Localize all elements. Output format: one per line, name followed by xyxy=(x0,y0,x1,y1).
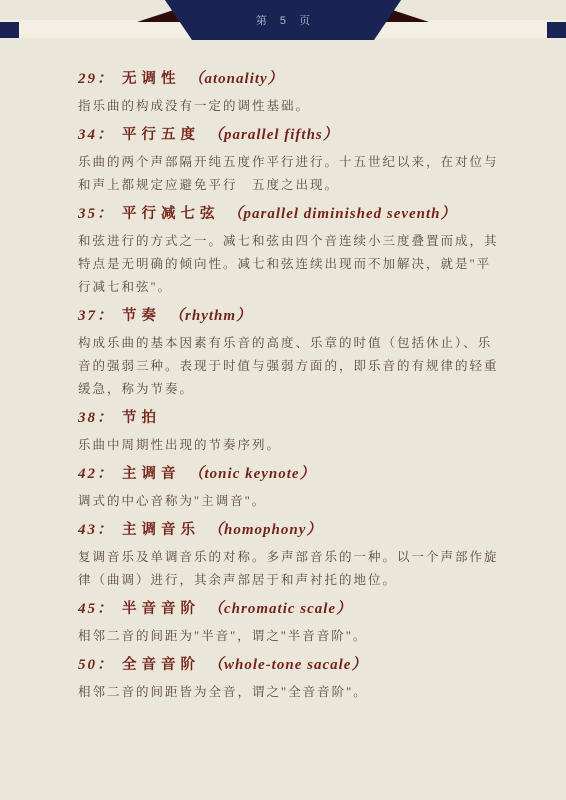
definition-line: 行减七和弦"。 xyxy=(78,276,496,299)
definition-line: 相邻二音的间距为"半音"，谓之"半音音阶"。 xyxy=(78,625,496,648)
entry-heading: 38：节拍 xyxy=(78,405,496,425)
entry-translation: （chromatic scale） xyxy=(208,601,352,617)
entry-term: 全音音阶 xyxy=(122,657,200,673)
glossary-entry-42: 42：主调音（tonic keynote） 调式的中心音称为"主调音"。 xyxy=(78,461,496,513)
entry-number: 35： xyxy=(78,206,114,222)
glossary-entry-38: 38：节拍 乐曲中周期性出现的节奏序列。 xyxy=(78,405,496,457)
entry-definition: 复调音乐及单调音乐的对称。多声部音乐的一种。以一个声部作旋 律（曲调）进行，其余… xyxy=(78,546,496,592)
entry-definition: 构成乐曲的基本因素有乐音的高度、乐章的时值（包括休止）、乐 音的强弱三种。表现于… xyxy=(78,332,496,401)
entry-translation: （whole-tone sacale） xyxy=(208,657,367,673)
definition-line: 乐曲的两个声部隔开纯五度作平行进行。十五世纪以来，在对位与 xyxy=(78,151,496,174)
entry-number: 45： xyxy=(78,601,114,617)
entry-heading: 45：半音音阶（chromatic scale） xyxy=(78,596,496,616)
entry-term: 平行减七弦 xyxy=(122,206,220,222)
entry-number: 38： xyxy=(78,410,114,426)
definition-line: 指乐曲的构成没有一定的调性基础。 xyxy=(78,95,496,118)
entry-number: 29： xyxy=(78,71,114,87)
definition-line: 缓急，称为节奏。 xyxy=(78,378,496,401)
glossary-entry-34: 34：平行五度（parallel fifths） 乐曲的两个声部隔开纯五度作平行… xyxy=(78,122,496,197)
entry-term: 平行五度 xyxy=(122,127,200,143)
entry-number: 42： xyxy=(78,466,114,482)
definition-line: 特点是无明确的倾向性。减七和弦连续出现而不加解决，就是"平 xyxy=(78,253,496,276)
entry-heading: 50：全音音阶（whole-tone sacale） xyxy=(78,652,496,672)
definition-line: 构成乐曲的基本因素有乐音的高度、乐章的时值（包括休止）、乐 xyxy=(78,332,496,355)
glossary-content: 29：无调性（atonality） 指乐曲的构成没有一定的调性基础。 34：平行… xyxy=(0,0,566,704)
document-page: 第 5 页 29：无调性（atonality） 指乐曲的构成没有一定的调性基础。… xyxy=(0,0,566,800)
definition-line: 律（曲调）进行，其余声部居于和声衬托的地位。 xyxy=(78,569,496,592)
definition-line: 乐曲中周期性出现的节奏序列。 xyxy=(78,434,496,457)
definition-line: 和声上都规定应避免平行 五度之出现。 xyxy=(78,174,496,197)
entry-translation: （atonality） xyxy=(189,71,284,87)
entry-translation: （homophony） xyxy=(208,522,322,538)
definition-line: 复调音乐及单调音乐的对称。多声部音乐的一种。以一个声部作旋 xyxy=(78,546,496,569)
entry-heading: 35：平行减七弦（parallel diminished seventh） xyxy=(78,201,496,221)
entry-heading: 37：节奏（rhythm） xyxy=(78,303,496,323)
entry-number: 37： xyxy=(78,308,114,324)
definition-line: 和弦进行的方式之一。减七和弦由四个音连续小三度叠置而成，其 xyxy=(78,230,496,253)
entry-definition: 相邻二音的间距皆为全音，谓之"全音音阶"。 xyxy=(78,681,496,704)
entry-term: 主调音乐 xyxy=(122,522,200,538)
entry-translation: （tonic keynote） xyxy=(189,466,316,482)
entry-definition: 相邻二音的间距为"半音"，谓之"半音音阶"。 xyxy=(78,625,496,648)
entry-definition: 指乐曲的构成没有一定的调性基础。 xyxy=(78,95,496,118)
entry-term: 主调音 xyxy=(122,466,181,482)
entry-translation: （rhythm） xyxy=(169,308,252,324)
entry-term: 节拍 xyxy=(122,410,161,426)
entry-heading: 29：无调性（atonality） xyxy=(78,66,496,86)
entry-number: 34： xyxy=(78,127,114,143)
entry-number: 50： xyxy=(78,657,114,673)
entry-heading: 43：主调音乐（homophony） xyxy=(78,517,496,537)
entry-heading: 42：主调音（tonic keynote） xyxy=(78,461,496,481)
entry-definition: 和弦进行的方式之一。减七和弦由四个音连续小三度叠置而成，其 特点是无明确的倾向性… xyxy=(78,230,496,299)
glossary-entry-45: 45：半音音阶（chromatic scale） 相邻二音的间距为"半音"，谓之… xyxy=(78,596,496,648)
definition-line: 音的强弱三种。表现于时值与强弱方面的，即乐音的有规律的轻重 xyxy=(78,355,496,378)
entry-translation: （parallel diminished seventh） xyxy=(228,206,457,222)
entry-term: 半音音阶 xyxy=(122,601,200,617)
entry-definition: 调式的中心音称为"主调音"。 xyxy=(78,490,496,513)
entry-heading: 34：平行五度（parallel fifths） xyxy=(78,122,496,142)
glossary-entry-35: 35：平行减七弦（parallel diminished seventh） 和弦… xyxy=(78,201,496,299)
entry-term: 节奏 xyxy=(122,308,161,324)
definition-line: 调式的中心音称为"主调音"。 xyxy=(78,490,496,513)
glossary-entry-29: 29：无调性（atonality） 指乐曲的构成没有一定的调性基础。 xyxy=(78,66,496,118)
entry-translation: （parallel fifths） xyxy=(208,127,339,143)
definition-line: 相邻二音的间距皆为全音，谓之"全音音阶"。 xyxy=(78,681,496,704)
entry-number: 43： xyxy=(78,522,114,538)
glossary-entry-50: 50：全音音阶（whole-tone sacale） 相邻二音的间距皆为全音，谓… xyxy=(78,652,496,704)
entry-term: 无调性 xyxy=(122,71,181,87)
glossary-entry-43: 43：主调音乐（homophony） 复调音乐及单调音乐的对称。多声部音乐的一种… xyxy=(78,517,496,592)
glossary-entry-37: 37：节奏（rhythm） 构成乐曲的基本因素有乐音的高度、乐章的时值（包括休止… xyxy=(78,303,496,401)
entry-definition: 乐曲中周期性出现的节奏序列。 xyxy=(78,434,496,457)
entry-definition: 乐曲的两个声部隔开纯五度作平行进行。十五世纪以来，在对位与 和声上都规定应避免平… xyxy=(78,151,496,197)
